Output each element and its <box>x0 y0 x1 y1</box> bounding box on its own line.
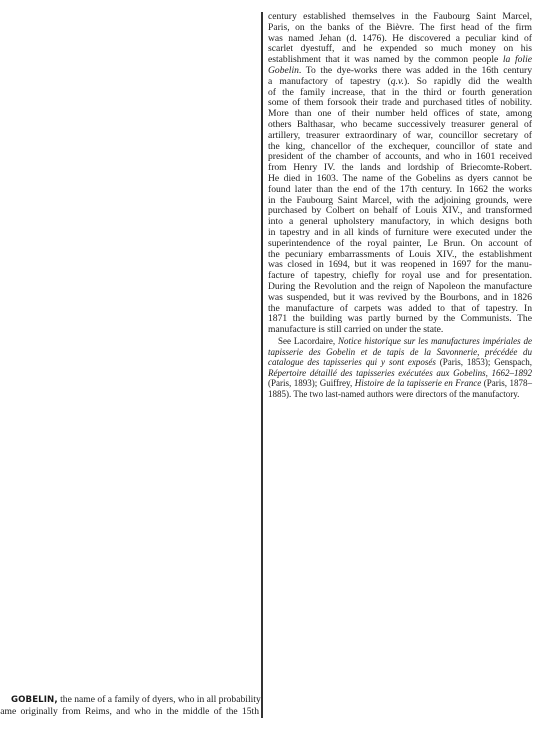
text-line: superintendence of the royal painter, Le… <box>268 239 532 250</box>
text-line: came originally from Reims, and who in t… <box>0 706 259 717</box>
ref-text: (Paris, 1853); Genspach, <box>436 357 532 367</box>
ref-text: See Lacordaire, <box>278 336 338 346</box>
text-run: establishment that it was named by the c… <box>268 54 503 65</box>
ref-title: Répertoire détaillé des tapisseries exéc… <box>268 368 532 378</box>
italic-abbrev: q.v. <box>391 76 404 87</box>
text-line: GOBELIN, the name of a family of dyers, … <box>0 694 259 706</box>
text-run: . To the dye-works there was added in th… <box>299 65 532 76</box>
text-line: was suspended, but it was revived by the… <box>268 293 532 304</box>
text-line: found later than the end of the 17th cen… <box>268 185 532 196</box>
ref-text: (Paris, 1893); Guiffrey, <box>268 378 355 388</box>
text-run: the name of a family of dyers, who in al… <box>60 694 261 705</box>
text-line: Paris, on the banks of the Bièvre. The f… <box>268 23 532 34</box>
article-heading: GOBELIN, <box>11 695 58 705</box>
column-divider-rule <box>261 12 263 718</box>
text-line: a manufactory of tapestry (q.v.). So rap… <box>268 77 532 88</box>
italic-phrase: la folie <box>503 54 532 65</box>
article-body-paragraph: century established themselves in the Fa… <box>268 12 532 336</box>
right-column: century established themselves in the Fa… <box>268 12 532 399</box>
text-line: manufacture is still carried on under th… <box>268 325 532 336</box>
references-paragraph: See Lacordaire, Notice historique sur le… <box>268 336 532 400</box>
left-column-article-start: GOBELIN, the name of a family of dyers, … <box>0 694 259 717</box>
text-line: artillery, treasurer extraordinary of wa… <box>268 131 532 142</box>
ref-title: Histoire de la tapisserie en France <box>355 378 482 388</box>
italic-word: Gobelin <box>268 65 299 76</box>
text-run: ). So rapidly did the wealth <box>404 76 532 87</box>
text-run: a manufactory of tapestry ( <box>268 76 391 87</box>
